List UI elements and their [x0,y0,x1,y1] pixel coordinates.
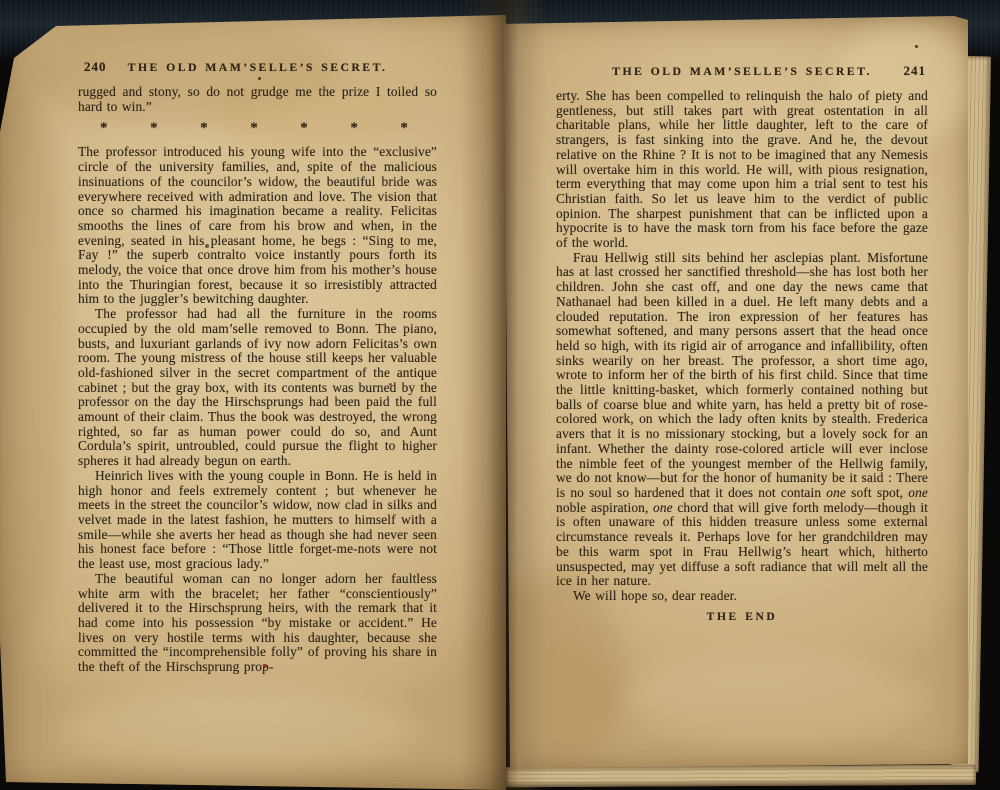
left-page-number: 240 [84,60,107,75]
asterisk: * [400,121,408,138]
paragraph: erty. She has been compelled to relinqui… [556,89,928,251]
right-page: THE OLD MAM’SELLE’S SECRET. 241 erty. Sh… [504,14,968,768]
paragraph: The professor had had all the furniture … [78,307,437,469]
right-page-text: THE OLD MAM’SELLE’S SECRET. 241 erty. Sh… [556,64,928,624]
open-book-scan: 240 THE OLD MAM’SELLE’S SECRET. rugged a… [0,0,1000,790]
section-break-asterisks: * * * * * * * [100,121,408,138]
paragraph: Heinrich lives with the young couple in … [78,469,437,572]
left-page-text: 240 THE OLD MAM’SELLE’S SECRET. rugged a… [78,60,437,675]
right-page-number: 241 [904,64,927,79]
right-header-title: THE OLD MAM’SELLE’S SECRET. [612,64,872,78]
closing-line: We will hope so, dear reader. [556,589,928,604]
left-running-head: 240 THE OLD MAM’SELLE’S SECRET. [78,60,437,76]
asterisk: * [150,121,158,138]
paper-stain [60,690,420,770]
asterisk: * [350,121,358,138]
asterisk: * [200,121,208,138]
paper-stain [0,80,70,640]
left-header-title: THE OLD MAM’SELLE’S SECRET. [128,60,388,74]
right-running-head: THE OLD MAM’SELLE’S SECRET. 241 [556,64,928,80]
asterisk: * [300,121,308,138]
left-page: 240 THE OLD MAM’SELLE’S SECRET. rugged a… [0,0,506,790]
page-edges-bottom [506,765,976,787]
asterisk: * [250,121,258,138]
paper-stain [624,654,924,744]
paragraph: rugged and stony, so do not grudge me th… [78,85,437,114]
asterisk: * [100,121,108,138]
paragraph: The professor introduced his young wife … [78,145,437,307]
paragraph: The beautiful woman can no longer adorn … [78,572,437,675]
paragraph: Frau Hellwig still sits behind her ascle… [556,251,928,589]
the-end-label: THE END [556,610,928,625]
